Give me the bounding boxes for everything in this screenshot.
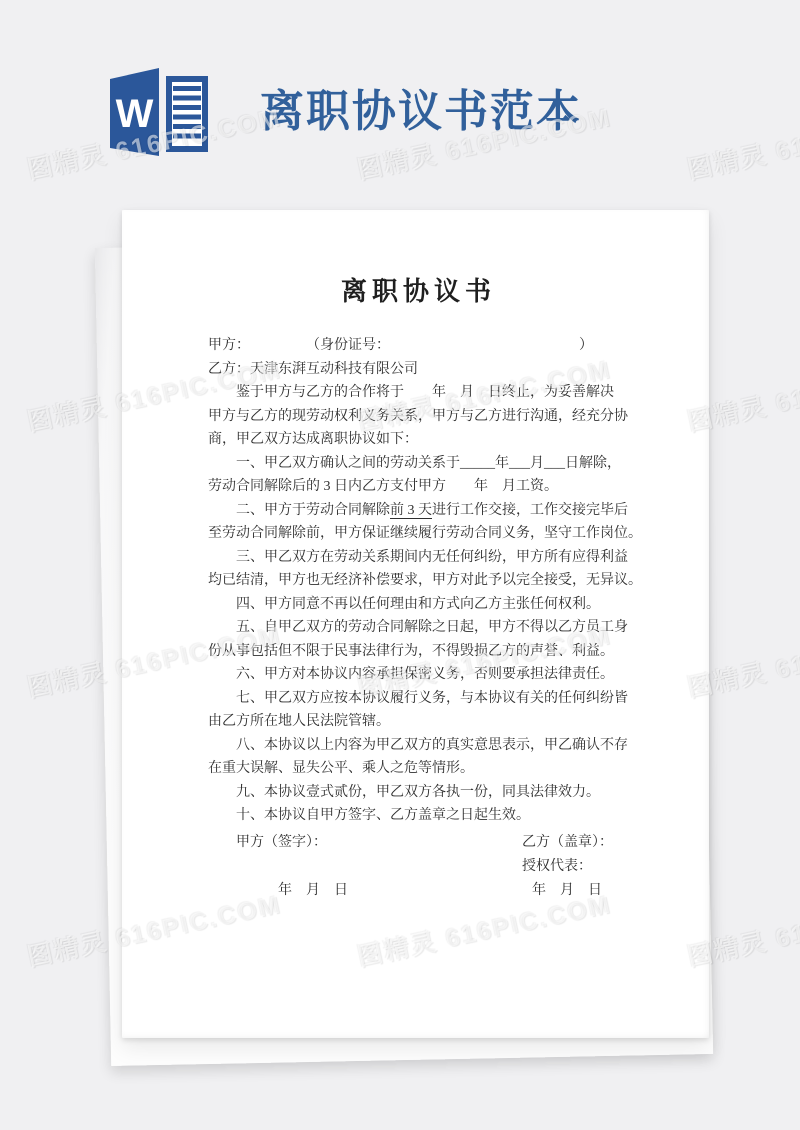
party-a-date: 年 月 日 bbox=[278, 879, 522, 903]
doc-line: 均已结清，甲方也无经济补偿要求，甲方对此予以完全接受，无异议。 bbox=[208, 569, 629, 593]
doc-line: 由乙方所在地人民法院管辖。 bbox=[208, 710, 629, 734]
doc-line: 六、甲方对本协议内容承担保密义务，否则要承担法律责任。 bbox=[208, 663, 629, 687]
document-page: 离职协议书 甲方： （身份证号： ）乙方：天津东湃互动科技有限公司鉴于甲方与乙方… bbox=[122, 210, 709, 1038]
signature-block: 甲方（签字）： 年 月 日 乙方（盖章）： 授权代表： 年 月 日 bbox=[208, 831, 629, 903]
word-icon-graphic: W bbox=[110, 68, 210, 160]
page-title: 离职协议书范本 bbox=[260, 90, 582, 134]
doc-line: 五、自甲乙双方的劳动合同解除之日起，甲方不得以乙方员工身 bbox=[208, 616, 629, 640]
doc-line: 乙方：天津东湃互动科技有限公司 bbox=[208, 358, 629, 382]
party-a-sign-label: 甲方（签字）： bbox=[236, 831, 522, 855]
doc-line: 份从事包括但不限于民事法律行为，不得毁损乙方的声誉、利益。 bbox=[208, 640, 629, 664]
doc-line: 九、本协议壹式贰份，甲乙双方各执一份，同具法律效力。 bbox=[208, 781, 629, 805]
doc-line: 至劳动合同解除前，甲方保证继续履行劳动合同义务，坚守工作岗位。 bbox=[208, 522, 629, 546]
party-b-seal-label: 乙方（盖章）： bbox=[522, 831, 629, 855]
signature-party-b: 乙方（盖章）： 授权代表： 年 月 日 bbox=[522, 831, 629, 903]
doc-line: 二、甲方于劳动合同解除前 3 天进行工作交接，工作交接完毕后 bbox=[208, 499, 629, 523]
doc-line: 八、本协议以上内容为甲乙双方的真实意思表示，甲乙确认不存 bbox=[208, 734, 629, 758]
doc-line: 七、甲乙双方应按本协议履行义务，与本协议有关的任何纠纷皆 bbox=[208, 687, 629, 711]
doc-line: 商，甲乙双方达成离职协议如下： bbox=[208, 428, 629, 452]
spacer bbox=[236, 855, 522, 879]
doc-line: 甲方： （身份证号： ） bbox=[208, 334, 629, 358]
doc-line: 甲方与乙方的现劳动权利义务关系，甲方与乙方进行沟通，经充分协 bbox=[208, 405, 629, 429]
signature-party-a: 甲方（签字）： 年 月 日 bbox=[208, 831, 522, 903]
doc-line: 一、甲乙双方确认之间的劳动关系于_____年___月___日解除， bbox=[208, 452, 629, 476]
document-title: 离职协议书 bbox=[208, 278, 629, 306]
document-body: 甲方： （身份证号： ）乙方：天津东湃互动科技有限公司鉴于甲方与乙方的合作将于 … bbox=[208, 334, 629, 828]
doc-line: 在重大误解、显失公平、乘人之危等情形。 bbox=[208, 757, 629, 781]
doc-line: 十、本协议自甲方签字、乙方盖章之日起生效。 bbox=[208, 804, 629, 828]
word-icon-letter: W bbox=[116, 92, 154, 136]
word-icon: W bbox=[110, 68, 210, 160]
doc-line: 劳动合同解除后的 3 日内乙方支付甲方 年 月工资。 bbox=[208, 475, 629, 499]
doc-line: 四、甲方同意不再以任何理由和方式向乙方主张任何权利。 bbox=[208, 593, 629, 617]
doc-line: 鉴于甲方与乙方的合作将于 年 月 日终止，为妥善解决 bbox=[208, 381, 629, 405]
doc-line: 三、甲乙双方在劳动关系期间内无任何纠纷，甲方所有应得利益 bbox=[208, 546, 629, 570]
party-b-date: 年 月 日 bbox=[532, 879, 629, 903]
party-b-representative-label: 授权代表： bbox=[522, 855, 629, 879]
watermark-tile: 图精灵 616PIC.COM bbox=[685, 105, 800, 184]
